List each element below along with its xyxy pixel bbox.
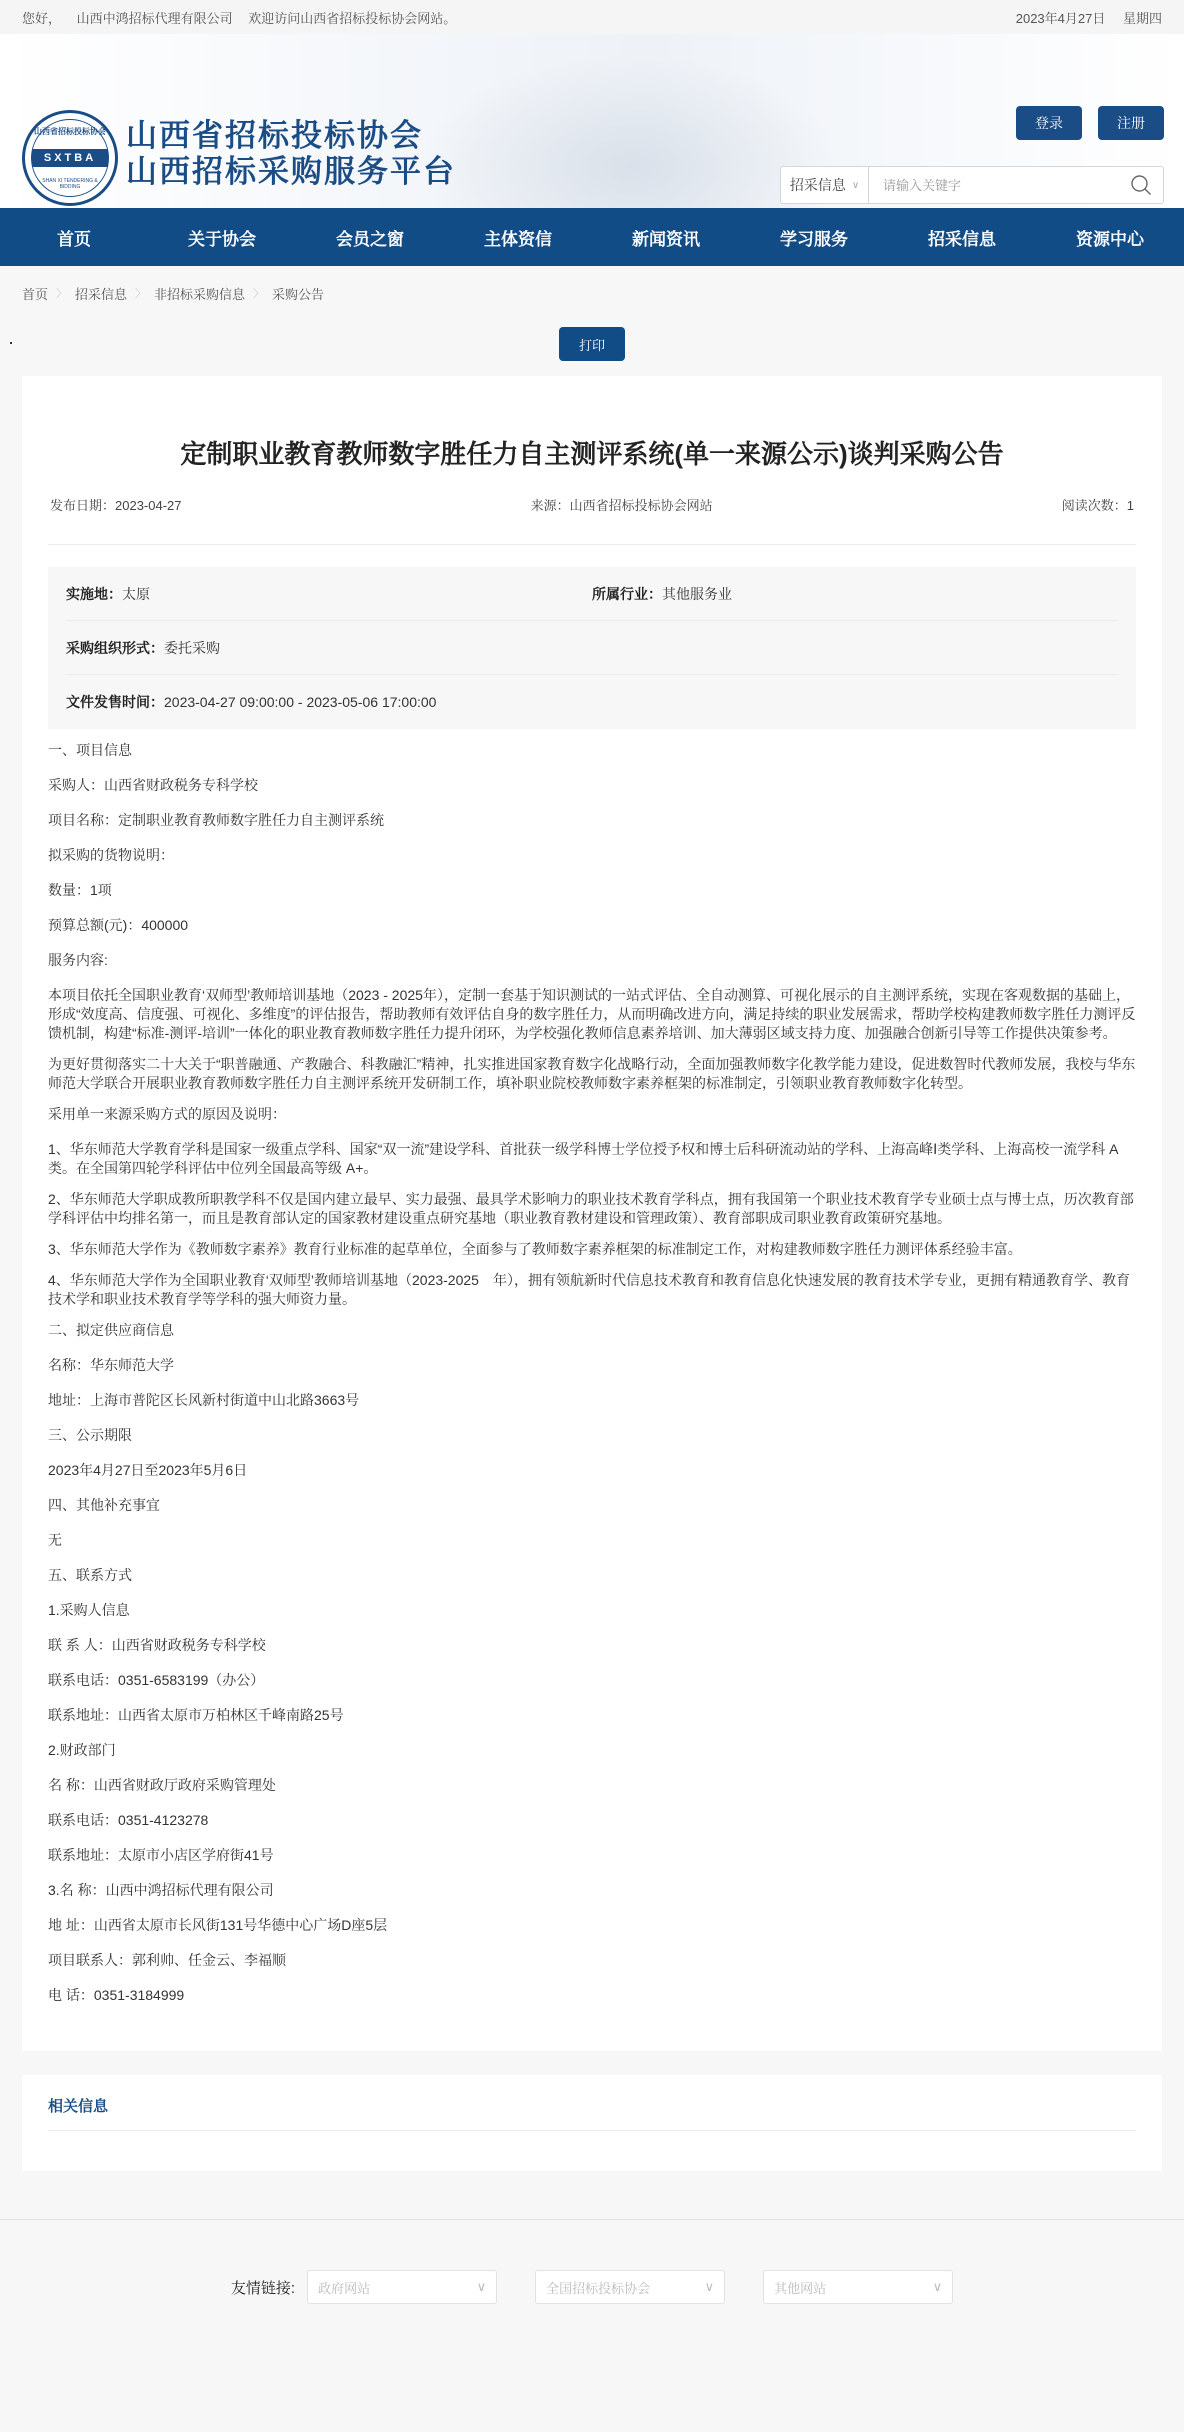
paragraph: 2023年4月27日至2023年5月6日 [48, 1461, 1136, 1479]
header-background-art [420, 54, 840, 208]
paragraph: 预算总额(元)：400000 [48, 916, 1136, 934]
publish-date: 发布日期：2023-04-27 [50, 495, 182, 514]
paragraph: 为更好贯彻落实二十大关于“职普融通、产教融合、科教融汇”精神，扎实推进国家教育数… [48, 1055, 1136, 1093]
nav-item-procurement[interactable]: 招采信息 [888, 225, 1036, 250]
section-heading: 四、其他补充事宜 [48, 1496, 1136, 1514]
current-weekday: 星期四 [1123, 11, 1162, 26]
info-industry: 所属行业：其他服务业 [592, 584, 1118, 604]
info-row: 文件发售时间：2023-04-27 09:00:00 - 2023-05-06 … [66, 675, 1118, 729]
article-title: 定制职业教育教师数字胜任力自主测评系统(单一来源公示)谈判采购公告 [48, 434, 1136, 471]
logo-abbr: SXTBA [32, 149, 108, 167]
nav-item-news[interactable]: 新闻资讯 [592, 225, 740, 250]
friendly-links-label: 友情链接: [231, 2277, 295, 2298]
login-button[interactable]: 登录 [1016, 106, 1082, 140]
nav-item-resources[interactable]: 资源中心 [1036, 225, 1184, 250]
gov-sites-select[interactable]: 政府网站 ∨ [307, 2270, 497, 2304]
paragraph: 服务内容: [48, 951, 1136, 969]
chevron-down-icon: ∨ [852, 180, 859, 191]
breadcrumb-non-tender[interactable]: 非招标采购信息 [154, 284, 245, 303]
paragraph: 2.财政部门 [48, 1741, 1136, 1759]
section-heading: 一、项目信息 [48, 741, 1136, 759]
chevron-right-icon: 〉 [56, 285, 67, 301]
logo-arc-bottom: SHAN XI TENDERING & BIDDING [32, 178, 108, 190]
paragraph: 采购人：山西省财政税务专科学校 [48, 776, 1136, 794]
breadcrumb: 首页 〉 招采信息 〉 非招标采购信息 〉 采购公告 [0, 266, 1184, 320]
paragraph: 联系地址：山西省太原市万柏林区千峰南路25号 [48, 1706, 1136, 1724]
chevron-right-icon: 〉 [135, 285, 146, 301]
chevron-down-icon: ∨ [933, 2279, 943, 2295]
section-heading: 二、拟定供应商信息 [48, 1321, 1136, 1339]
paragraph: 联 系 人：山西省财政税务专科学校 [48, 1636, 1136, 1654]
user-company: 山西中鸿招标代理有限公司 [77, 11, 233, 26]
paragraph: 地址：上海市普陀区长风新村街道中山北路3663号 [48, 1391, 1136, 1409]
paragraph: 地 址：山西省太原市长风街131号华德中心广场D座5层 [48, 1916, 1136, 1934]
other-sites-select[interactable]: 其他网站 ∨ [763, 2270, 953, 2304]
brand-line-1: 山西省招标投标协会 [126, 118, 456, 154]
paragraph: 1、华东师范大学教育学科是国家一级重点学科、国家“双一流”建设学科、首批获一级学… [48, 1140, 1136, 1178]
paragraph: 1.采购人信息 [48, 1601, 1136, 1619]
paragraph: 无 [48, 1531, 1136, 1549]
print-row: 打印 [0, 320, 1184, 368]
auth-buttons: 登录 注册 [1016, 106, 1164, 140]
article-meta: 发布日期：2023-04-27 来源：山西省招标投标协会网站 阅读次数：1 [48, 495, 1136, 514]
chevron-down-icon: ∨ [477, 2279, 487, 2295]
date-display: 2023年4月27日 星期四 [1002, 8, 1162, 27]
paragraph: 本项目依托全国职业教育‘双师型’教师培训基地（2023 - 2025年），定制一… [48, 986, 1136, 1043]
welcome-text: 您好， 山西中鸿招标代理有限公司 欢迎访问山西省招标投标协会网站。 [22, 8, 468, 27]
paragraph: 项目联系人：郭利帅、任金云、李福顺 [48, 1951, 1136, 1969]
paragraph: 采用单一来源采购方式的原因及说明： [48, 1105, 1136, 1123]
brand-line-2: 山西招标采购服务平台 [126, 154, 456, 190]
chevron-down-icon: ∨ [705, 2279, 715, 2295]
related-info-title: 相关信息 [48, 2095, 1136, 2131]
section-heading: 五、联系方式 [48, 1566, 1136, 1584]
paragraph: 3.名 称：山西中鸿招标代理有限公司 [48, 1881, 1136, 1899]
footer-links: 友情链接: 政府网站 ∨ 全国招标投标协会 ∨ 其他网站 ∨ [0, 2219, 1184, 2354]
site-logo[interactable]: 山西省招标投标协会 SXTBA SHAN XI TENDERING & BIDD… [22, 110, 118, 206]
paragraph: 名 称：山西省财政厅政府采购管理处 [48, 1776, 1136, 1794]
search-input[interactable] [869, 167, 1119, 203]
breadcrumb-home[interactable]: 首页 [22, 284, 48, 303]
national-association-select[interactable]: 全国招标投标协会 ∨ [535, 2270, 725, 2304]
site-header: 山西省招标投标协会 SXTBA SHAN XI TENDERING & BIDD… [0, 34, 1184, 208]
article-source: 来源：山西省招标投标协会网站 [531, 495, 713, 514]
greeting: 您好， [22, 11, 61, 26]
nav-item-credit[interactable]: 主体资信 [444, 225, 592, 250]
print-button[interactable]: 打印 [559, 327, 625, 361]
paragraph: 电 话：0351-3184999 [48, 1986, 1136, 2004]
paragraph: 2、华东师范大学职成教所职教学科不仅是国内建立最早、实力最强、最具学术影响力的职… [48, 1190, 1136, 1228]
paragraph: 联系电话：0351-4123278 [48, 1811, 1136, 1829]
info-row: 采购组织形式：委托采购 [66, 621, 1118, 675]
info-location: 实施地：太原 [66, 584, 592, 604]
article-card: 定制职业教育教师数字胜任力自主测评系统(单一来源公示)谈判采购公告 发布日期：2… [22, 376, 1162, 2051]
top-bar: 您好， 山西中鸿招标代理有限公司 欢迎访问山西省招标投标协会网站。 2023年4… [0, 0, 1184, 34]
paragraph: 拟采购的货物说明： [48, 846, 1136, 864]
logo-arc-top: 山西省招标投标协会 [32, 126, 108, 137]
current-date: 2023年4月27日 [1016, 11, 1106, 26]
section-heading: 三、公示期限 [48, 1426, 1136, 1444]
welcome-message: 欢迎访问山西省招标投标协会网站。 [248, 11, 456, 26]
breadcrumb-current: 采购公告 [272, 284, 324, 303]
stray-dot [10, 342, 12, 344]
paragraph: 数量：1项 [48, 881, 1136, 899]
search-category-select[interactable]: 招采信息 ∨ [781, 167, 869, 203]
search-bar: 招采信息 ∨ [780, 166, 1164, 204]
register-button[interactable]: 注册 [1098, 106, 1164, 140]
view-count: 阅读次数：1 [1062, 495, 1134, 514]
nav-item-learning[interactable]: 学习服务 [740, 225, 888, 250]
paragraph: 联系电话：0351-6583199（办公） [48, 1671, 1136, 1689]
search-category-value: 招采信息 [790, 175, 846, 195]
paragraph: 项目名称：定制职业教育教师数字胜任力自主测评系统 [48, 811, 1136, 829]
site-brand: 山西省招标投标协会 山西招标采购服务平台 [126, 118, 456, 190]
breadcrumb-procurement[interactable]: 招采信息 [75, 284, 127, 303]
nav-item-home[interactable]: 首页 [0, 225, 148, 250]
paragraph: 4、华东师范大学作为全国职业教育‘双师型’教师培训基地（2023-2025 年）… [48, 1271, 1136, 1309]
paragraph: 名称：华东师范大学 [48, 1356, 1136, 1374]
paragraph: 3、华东师范大学作为《教师数字素养》教育行业标准的起草单位，全面参与了教师数字素… [48, 1240, 1136, 1259]
info-sale-time: 文件发售时间：2023-04-27 09:00:00 - 2023-05-06 … [66, 692, 1118, 712]
article-body: 一、项目信息 采购人：山西省财政税务专科学校 项目名称：定制职业教育教师数字胜任… [48, 741, 1136, 2004]
related-info-card: 相关信息 [22, 2075, 1162, 2171]
chevron-right-icon: 〉 [253, 285, 264, 301]
divider [48, 544, 1136, 545]
main-nav: 首页 关于协会 会员之窗 主体资信 新闻资讯 学习服务 招采信息 资源中心 [0, 208, 1184, 266]
info-panel: 实施地：太原 所属行业：其他服务业 采购组织形式：委托采购 文件发售时间：202… [48, 567, 1136, 729]
info-org-form: 采购组织形式：委托采购 [66, 638, 1118, 658]
nav-item-members[interactable]: 会员之窗 [296, 225, 444, 250]
search-icon[interactable] [1119, 174, 1163, 196]
info-row: 实施地：太原 所属行业：其他服务业 [66, 567, 1118, 621]
paragraph: 联系地址：太原市小店区学府街41号 [48, 1846, 1136, 1864]
nav-item-about[interactable]: 关于协会 [148, 225, 296, 250]
